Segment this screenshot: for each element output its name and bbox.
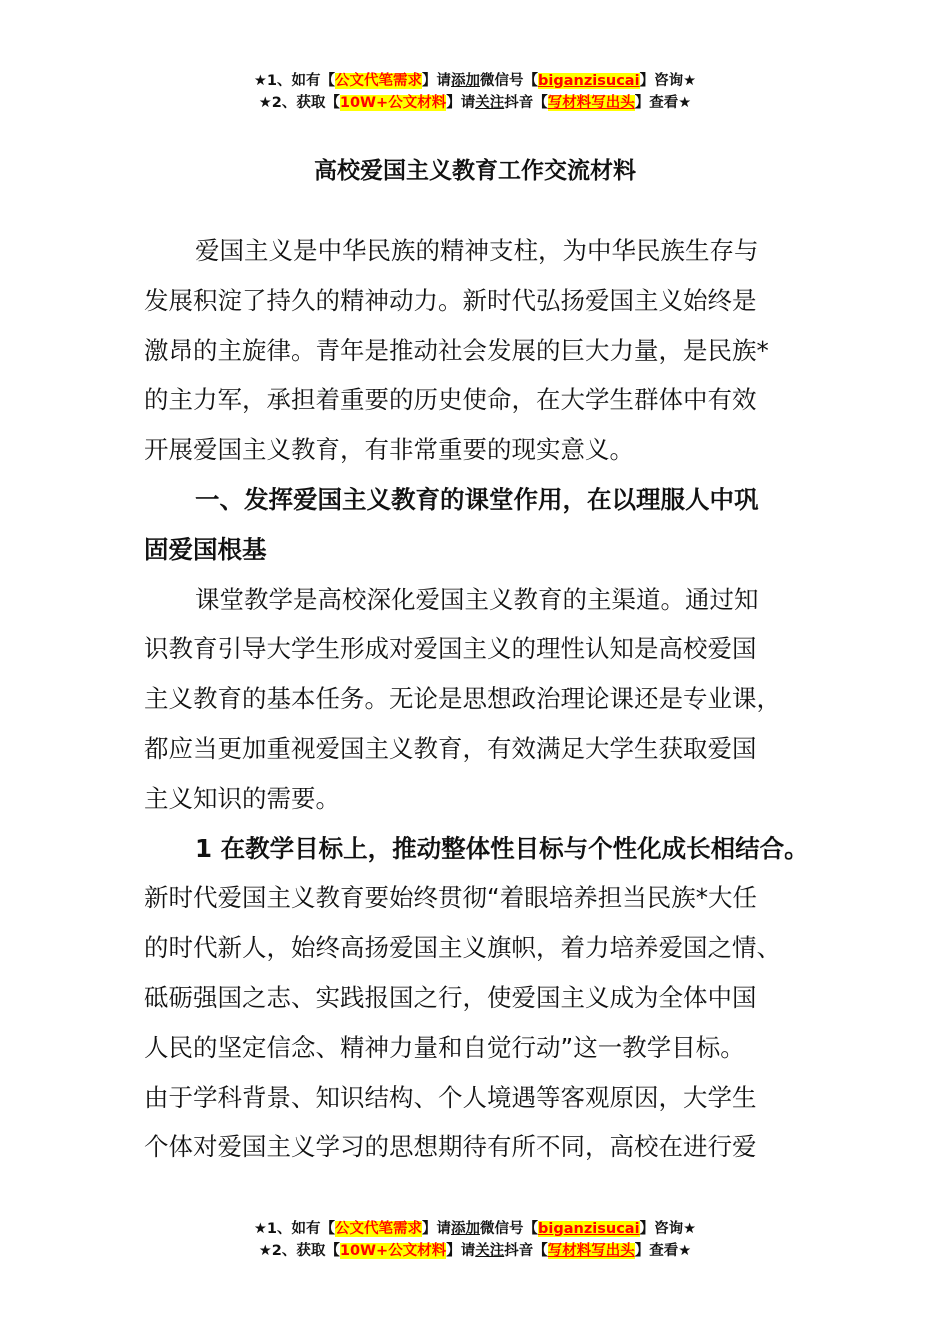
section-heading: 一、发挥爱国主义教育的课堂作用，在以理服人中巩 xyxy=(144,475,844,525)
document-body: 爱国主义是中华民族的精神支柱，为中华民族生存与 发展积淀了持久的精神动力。新时代… xyxy=(144,226,844,1172)
banner-text: 】查看★ xyxy=(635,95,692,111)
banner-line-1: ★1、如有【公文代笔需求】请添加微信号【biganzisucai】咨询★ xyxy=(0,1218,950,1240)
banner-text: 】请 xyxy=(446,95,475,111)
highlight-ghostwriting: 公文代笔需求 xyxy=(335,73,422,89)
highlight-ghostwriting: 公文代笔需求 xyxy=(335,1221,422,1237)
paragraph-line: 的主力军，承担着重要的历史使命，在大学生群体中有效 xyxy=(144,375,844,425)
paragraph-line: 由于学科背景、知识结构、个人境遇等客观原因，大学生 xyxy=(144,1073,844,1123)
banner-text: 微信号【 xyxy=(480,1221,538,1237)
underlined-add: 添加 xyxy=(451,73,480,89)
banner-text: ★2、获取【 xyxy=(259,95,340,111)
wechat-id-link[interactable]: biganzisucai xyxy=(538,1221,640,1237)
header-banner: ★1、如有【公文代笔需求】请添加微信号【biganzisucai】咨询★ ★2、… xyxy=(0,70,950,114)
paragraph-line: 的时代新人，始终高扬爱国主义旗帜，着力培养爱国之情、 xyxy=(144,923,844,973)
paragraph-line: 主义知识的需要。 xyxy=(144,774,844,824)
paragraph-line: 都应当更加重视爱国主义教育，有效满足大学生获取爱国 xyxy=(144,724,844,774)
underlined-add: 添加 xyxy=(451,1221,480,1237)
wechat-id-link[interactable]: biganzisucai xyxy=(538,73,640,89)
banner-text: ★2、获取【 xyxy=(259,1243,340,1259)
banner-line-2: ★2、获取【10W+公文材料】请关注抖音【写材料写出头】查看★ xyxy=(0,1240,950,1262)
douyin-account-link[interactable]: 写材料写出头 xyxy=(548,1243,635,1259)
banner-text: 抖音【 xyxy=(504,1243,548,1259)
highlight-materials: 10W+公文材料 xyxy=(340,95,446,111)
paragraph-line: 主义教育的基本任务。无论是思想政治理论课还是专业课， xyxy=(144,674,844,724)
banner-text: 抖音【 xyxy=(504,95,548,111)
paragraph-line: 砥砺强国之志、实践报国之行，使爱国主义成为全体中国 xyxy=(144,973,844,1023)
banner-text: 】查看★ xyxy=(635,1243,692,1259)
underlined-follow: 关注 xyxy=(475,1243,504,1259)
banner-line-1: ★1、如有【公文代笔需求】请添加微信号【biganzisucai】咨询★ xyxy=(0,70,950,92)
paragraph-line: 课堂教学是高校深化爱国主义教育的主渠道。通过知 xyxy=(144,575,844,625)
banner-text: 】请 xyxy=(422,73,451,89)
banner-text: 微信号【 xyxy=(480,73,538,89)
paragraph-line: 发展积淀了持久的精神动力。新时代弘扬爱国主义始终是 xyxy=(144,276,844,326)
banner-text: 】咨询★ xyxy=(640,1221,697,1237)
subsection-heading: 1 在教学目标上，推动整体性目标与个性化成长相结合。 xyxy=(144,824,844,874)
douyin-account-link[interactable]: 写材料写出头 xyxy=(548,95,635,111)
banner-line-2: ★2、获取【10W+公文材料】请关注抖音【写材料写出头】查看★ xyxy=(0,92,950,114)
paragraph-line: 开展爱国主义教育，有非常重要的现实意义。 xyxy=(144,425,844,475)
paragraph-line: 人民的坚定信念、精神力量和自觉行动”这一教学目标。 xyxy=(144,1023,844,1073)
paragraph-line: 爱国主义是中华民族的精神支柱，为中华民族生存与 xyxy=(144,226,844,276)
paragraph-line: 识教育引导大学生形成对爱国主义的理性认知是高校爱国 xyxy=(144,624,844,674)
banner-text: ★1、如有【 xyxy=(254,73,335,89)
document-title: 高校爱国主义教育工作交流材料 xyxy=(0,155,950,187)
paragraph-line: 个体对爱国主义学习的思想期待有所不同，高校在进行爱 xyxy=(144,1122,844,1172)
section-heading: 固爱国根基 xyxy=(144,525,844,575)
footer-banner: ★1、如有【公文代笔需求】请添加微信号【biganzisucai】咨询★ ★2、… xyxy=(0,1218,950,1262)
underlined-follow: 关注 xyxy=(475,95,504,111)
banner-text: 】请 xyxy=(422,1221,451,1237)
paragraph-line: 激昂的主旋律。青年是推动社会发展的巨大力量，是民族* xyxy=(144,326,844,376)
banner-text: 】请 xyxy=(446,1243,475,1259)
banner-text: ★1、如有【 xyxy=(254,1221,335,1237)
banner-text: 】咨询★ xyxy=(640,73,697,89)
paragraph-line: 新时代爱国主义教育要始终贯彻“着眼培养担当民族*大任 xyxy=(144,873,844,923)
highlight-materials: 10W+公文材料 xyxy=(340,1243,446,1259)
